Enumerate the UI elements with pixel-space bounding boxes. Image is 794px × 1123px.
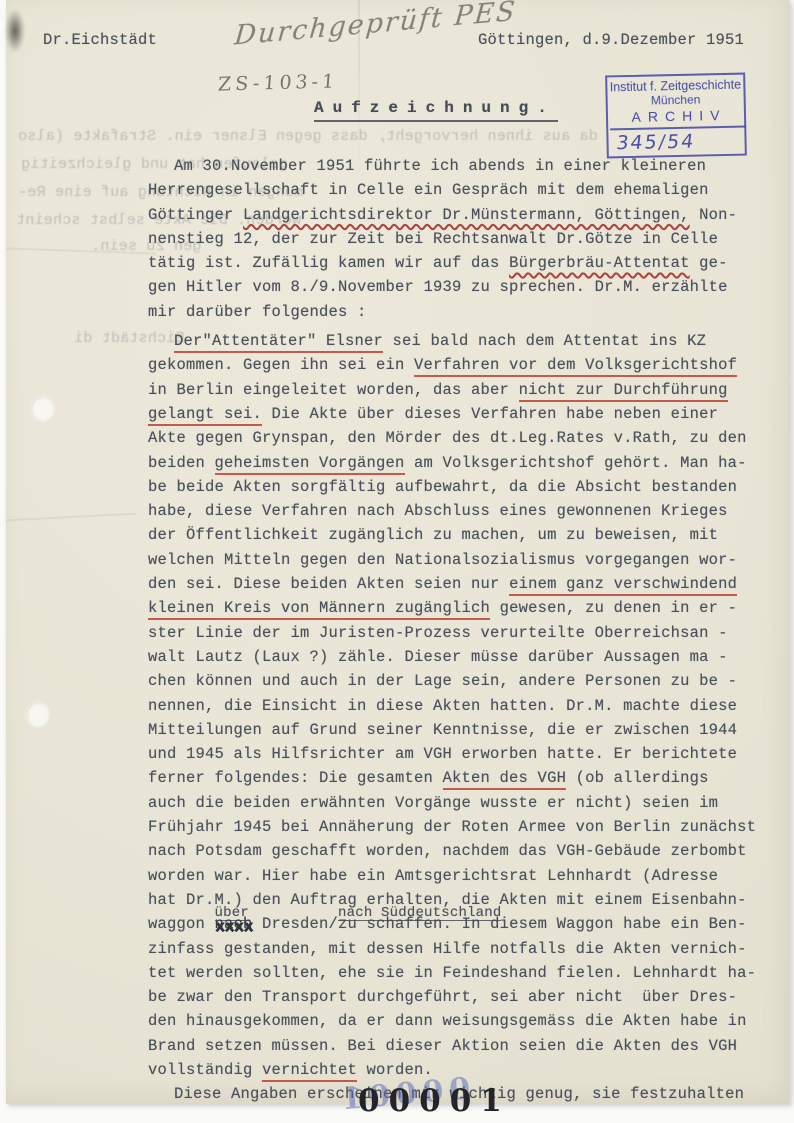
text-line: waggon übernach Dresden/nach Süddeutschl… (148, 912, 768, 936)
text-line: Frühjahr 1945 bei Annäherung der Roten A… (148, 815, 768, 839)
text-line: tet werden sollten, ehe sie in Feindesha… (148, 961, 768, 985)
text-line: in Berlin eingeleitet worden, das aber n… (148, 378, 768, 402)
text-segment: sei bald nach dem Attentat ins KZ (383, 332, 706, 350)
text-line: Am 30.November 1951 führte ich abends in… (148, 154, 768, 178)
text-line: der Öffentlichkeit zugänglich zu machen,… (148, 523, 768, 547)
red-underlined-phrase: nicht zur Durchführung (519, 381, 728, 402)
handwritten-note: Durchgeprüft PES (233, 0, 518, 52)
text-segment: auch die beiden erwähnten Vorgänge wusst… (148, 794, 718, 812)
text-segment: Mitteilungen auf Grund seiner Kenntnisse… (148, 721, 737, 739)
text-segment: Die Akte über dieses Verfahren habe nebe… (262, 405, 718, 423)
text-line: be beide Akten sorgfältig aufbewahrt, da… (148, 475, 768, 499)
text-line: Brand setzen müssen. Bei dieser Aktion s… (148, 1034, 768, 1058)
text-segment: den sei. Diese beiden Akten seien nur (148, 575, 509, 593)
archive-stamp-number: 345/54 (607, 126, 746, 157)
overtyped-word: nach (215, 915, 253, 933)
red-underlined-phrase: einem ganz verschwindend (509, 575, 737, 596)
red-underlined-phrase: geheimsten Vorgängen (215, 454, 405, 475)
body-text: Am 30.November 1951 führte ich abends in… (148, 154, 768, 1107)
text-line: gekommen. Gegen ihn sei ein Verfahren vo… (148, 353, 768, 377)
text-segment: habe, diese Verfahren nach Abschluss ein… (148, 502, 728, 520)
red-underlined-phrase: Akten des VGH (443, 769, 567, 790)
text-line: Akte gegen Grynspan, den Mörder des dt.L… (148, 426, 768, 450)
text-line: den hinausgekommen, da er dann weisungsg… (148, 1009, 768, 1033)
text-line: tätig ist. Zufällig kamen wir auf das Bü… (148, 251, 768, 275)
scan-corner-smudge (2, 2, 28, 60)
paper-crease (6, 513, 136, 522)
text-segment: gekommen. Gegen ihn sei ein (148, 356, 414, 374)
text-line: worden war. Hier habe ein Amtsgerichtsra… (148, 864, 768, 888)
text-segment: gen Hitler vom 8./9.November 1939 zu spr… (148, 278, 728, 296)
text-segment: Akte gegen Grynspan, den Mörder des dt.L… (148, 429, 747, 447)
text-segment: Brand setzen müssen. Bei dieser Aktion s… (148, 1037, 737, 1055)
text-line: Mitteilungen auf Grund seiner Kenntnisse… (148, 718, 768, 742)
text-segment: Am 30.November 1951 führte ich abends in… (174, 157, 706, 175)
text-line: walt Lautz (Laux ?) zähle. Dieser müsse … (148, 645, 768, 669)
text-line: beiden geheimsten Vorgängen am Volksgeri… (148, 451, 768, 475)
text-segment: zinfass gestanden, mit dessen Hilfe notf… (148, 940, 747, 958)
text-line: Göttinger Landgerichtsdirektor Dr.Münste… (148, 203, 768, 227)
text-segment: nenstieg 12, der zur Zeit bei Rechtsanwa… (148, 230, 718, 248)
text-segment: worden war. Hier habe ein Amtsgerichtsra… (148, 867, 718, 885)
text-line: gelangt sei. Die Akte über dieses Verfah… (148, 402, 768, 426)
text-line: zinfass gestanden, mit dessen Hilfe notf… (148, 937, 768, 961)
text-segment: beiden (148, 454, 215, 472)
header-author: Dr.Eichstädt (43, 31, 157, 49)
text-segment: Non- (690, 206, 738, 224)
text-line: welchen Mitteln gegen den Nationalsozial… (148, 548, 768, 572)
text-segment: (ob allerdings (566, 769, 709, 787)
text-segment: chen können und auch in der Lage sein, a… (148, 672, 737, 690)
text-line: auch die beiden erwähnten Vorgänge wusst… (148, 791, 768, 815)
text-line: Der"Attentäter" Elsner sei bald nach dem… (148, 329, 768, 353)
text-line: nach Potsdam geschafft worden, nachdem d… (148, 839, 768, 863)
text-line: gen Hitler vom 8./9.November 1939 zu spr… (148, 275, 768, 299)
red-underlined-phrase: Verfahren vor dem Volksgerichtshof (414, 356, 737, 377)
text-segment: der Öffentlichkeit zugänglich zu machen,… (148, 526, 718, 544)
document-title: Aufzeichnung. (314, 99, 558, 122)
text-line: ferner folgendes: Die gesamten Akten des… (148, 766, 768, 790)
text-segment: Herrengesellschaft in Celle ein Gespräch… (148, 181, 709, 199)
red-underlined-phrase: vernichtet (262, 1061, 357, 1082)
text-segment: am Volksgerichtshof gehört. Man ha- (405, 454, 747, 472)
punch-hole (26, 702, 49, 727)
red-underlined-phrase: Der"Attentäter" Elsner (174, 332, 383, 353)
text-line: nenstieg 12, der zur Zeit bei Rechtsanwa… (148, 227, 768, 251)
text-segment: ster Linie der im Juristen-Prozess verur… (148, 624, 728, 642)
scanned-document-page: da aus ihnen hervorgeht, dass gegen Elsn… (0, 0, 794, 1123)
text-segment: tet werden sollten, ehe sie in Feindesha… (148, 964, 756, 982)
text-line: mir darüber folgendes : (148, 300, 768, 324)
text-line: Herrengesellschaft in Celle ein Gespräch… (148, 178, 768, 202)
text-segment: vollständig (148, 1061, 262, 1079)
text-segment: waggon (148, 915, 215, 933)
header-place-date: Göttingen, d.9.Dezember 1951 (478, 31, 744, 49)
text-segment: tätig ist. Zufällig kamen wir auf das (148, 254, 509, 272)
text-segment: Dresden/ (253, 915, 339, 933)
text-segment: be beide Akten sorgfältig aufbewahrt, da… (148, 478, 737, 496)
text-line: nennen, die Einsicht in diese Akten hatt… (148, 694, 768, 718)
text-line: chen können und auch in der Lage sein, a… (148, 669, 768, 693)
text-segment: nennen, die Einsicht in diese Akten hatt… (148, 697, 737, 715)
text-segment: be zwar den Transport durchgeführt, sei … (148, 988, 737, 1006)
archive-stamp: Institut f. Zeitgeschichte München ARCHI… (605, 73, 747, 159)
text-segment: Frühjahr 1945 bei Annäherung der Roten A… (148, 818, 756, 836)
text-segment: ge- (690, 254, 728, 272)
paper-sheet: da aus ihnen hervorgeht, dass gegen Elsn… (6, 0, 790, 1104)
text-segment: in Berlin eingeleitet worden, das aber (148, 381, 519, 399)
text-segment: ferner folgendes: Die gesamten (148, 769, 443, 787)
text-segment: mir darüber folgendes : (148, 303, 367, 321)
text-segment: nach Potsdam geschafft worden, nachdem d… (148, 842, 747, 860)
punch-hole (31, 396, 54, 421)
text-line: be zwar den Transport durchgeführt, sei … (148, 985, 768, 1009)
text-line: ster Linie der im Juristen-Prozess verur… (148, 621, 768, 645)
red-underlined-phrase: Landgerichtsdirektor Dr.Münstermann, Göt… (243, 206, 690, 224)
handwritten-archive-ref: ZS-103-1 (217, 70, 339, 95)
text-line: habe, diese Verfahren nach Abschluss ein… (148, 499, 768, 523)
text-line: kleinen Kreis von Männern zugänglich gew… (148, 596, 768, 620)
red-underlined-phrase: kleinen Kreis von Männern zugänglich (148, 599, 490, 620)
red-underlined-phrase: Bürgerbräu-Attentat (509, 254, 690, 272)
text-line: und 1945 als Hilfsrichter am VGH erworbe… (148, 742, 768, 766)
page-number-stamp: 00001 (358, 1083, 511, 1119)
text-segment: walt Lautz (Laux ?) zähle. Dieser müsse … (148, 648, 728, 666)
text-segment: und 1945 als Hilfsrichter am VGH erworbe… (148, 745, 737, 763)
text-segment: welchen Mitteln gegen den Nationalsozial… (148, 551, 737, 569)
bleedthrough-text: da aus ihnen hervorgeht, dass gegen Elsn… (18, 128, 598, 145)
text-segment: Göttinger (148, 206, 243, 224)
red-underlined-phrase: gelangt sei. (148, 405, 262, 426)
text-segment: gewesen, zu denen in er - (490, 599, 737, 617)
text-line: den sei. Diese beiden Akten seien nur ei… (148, 572, 768, 596)
text-segment: den hinausgekommen, da er dann weisungsg… (148, 1012, 747, 1030)
